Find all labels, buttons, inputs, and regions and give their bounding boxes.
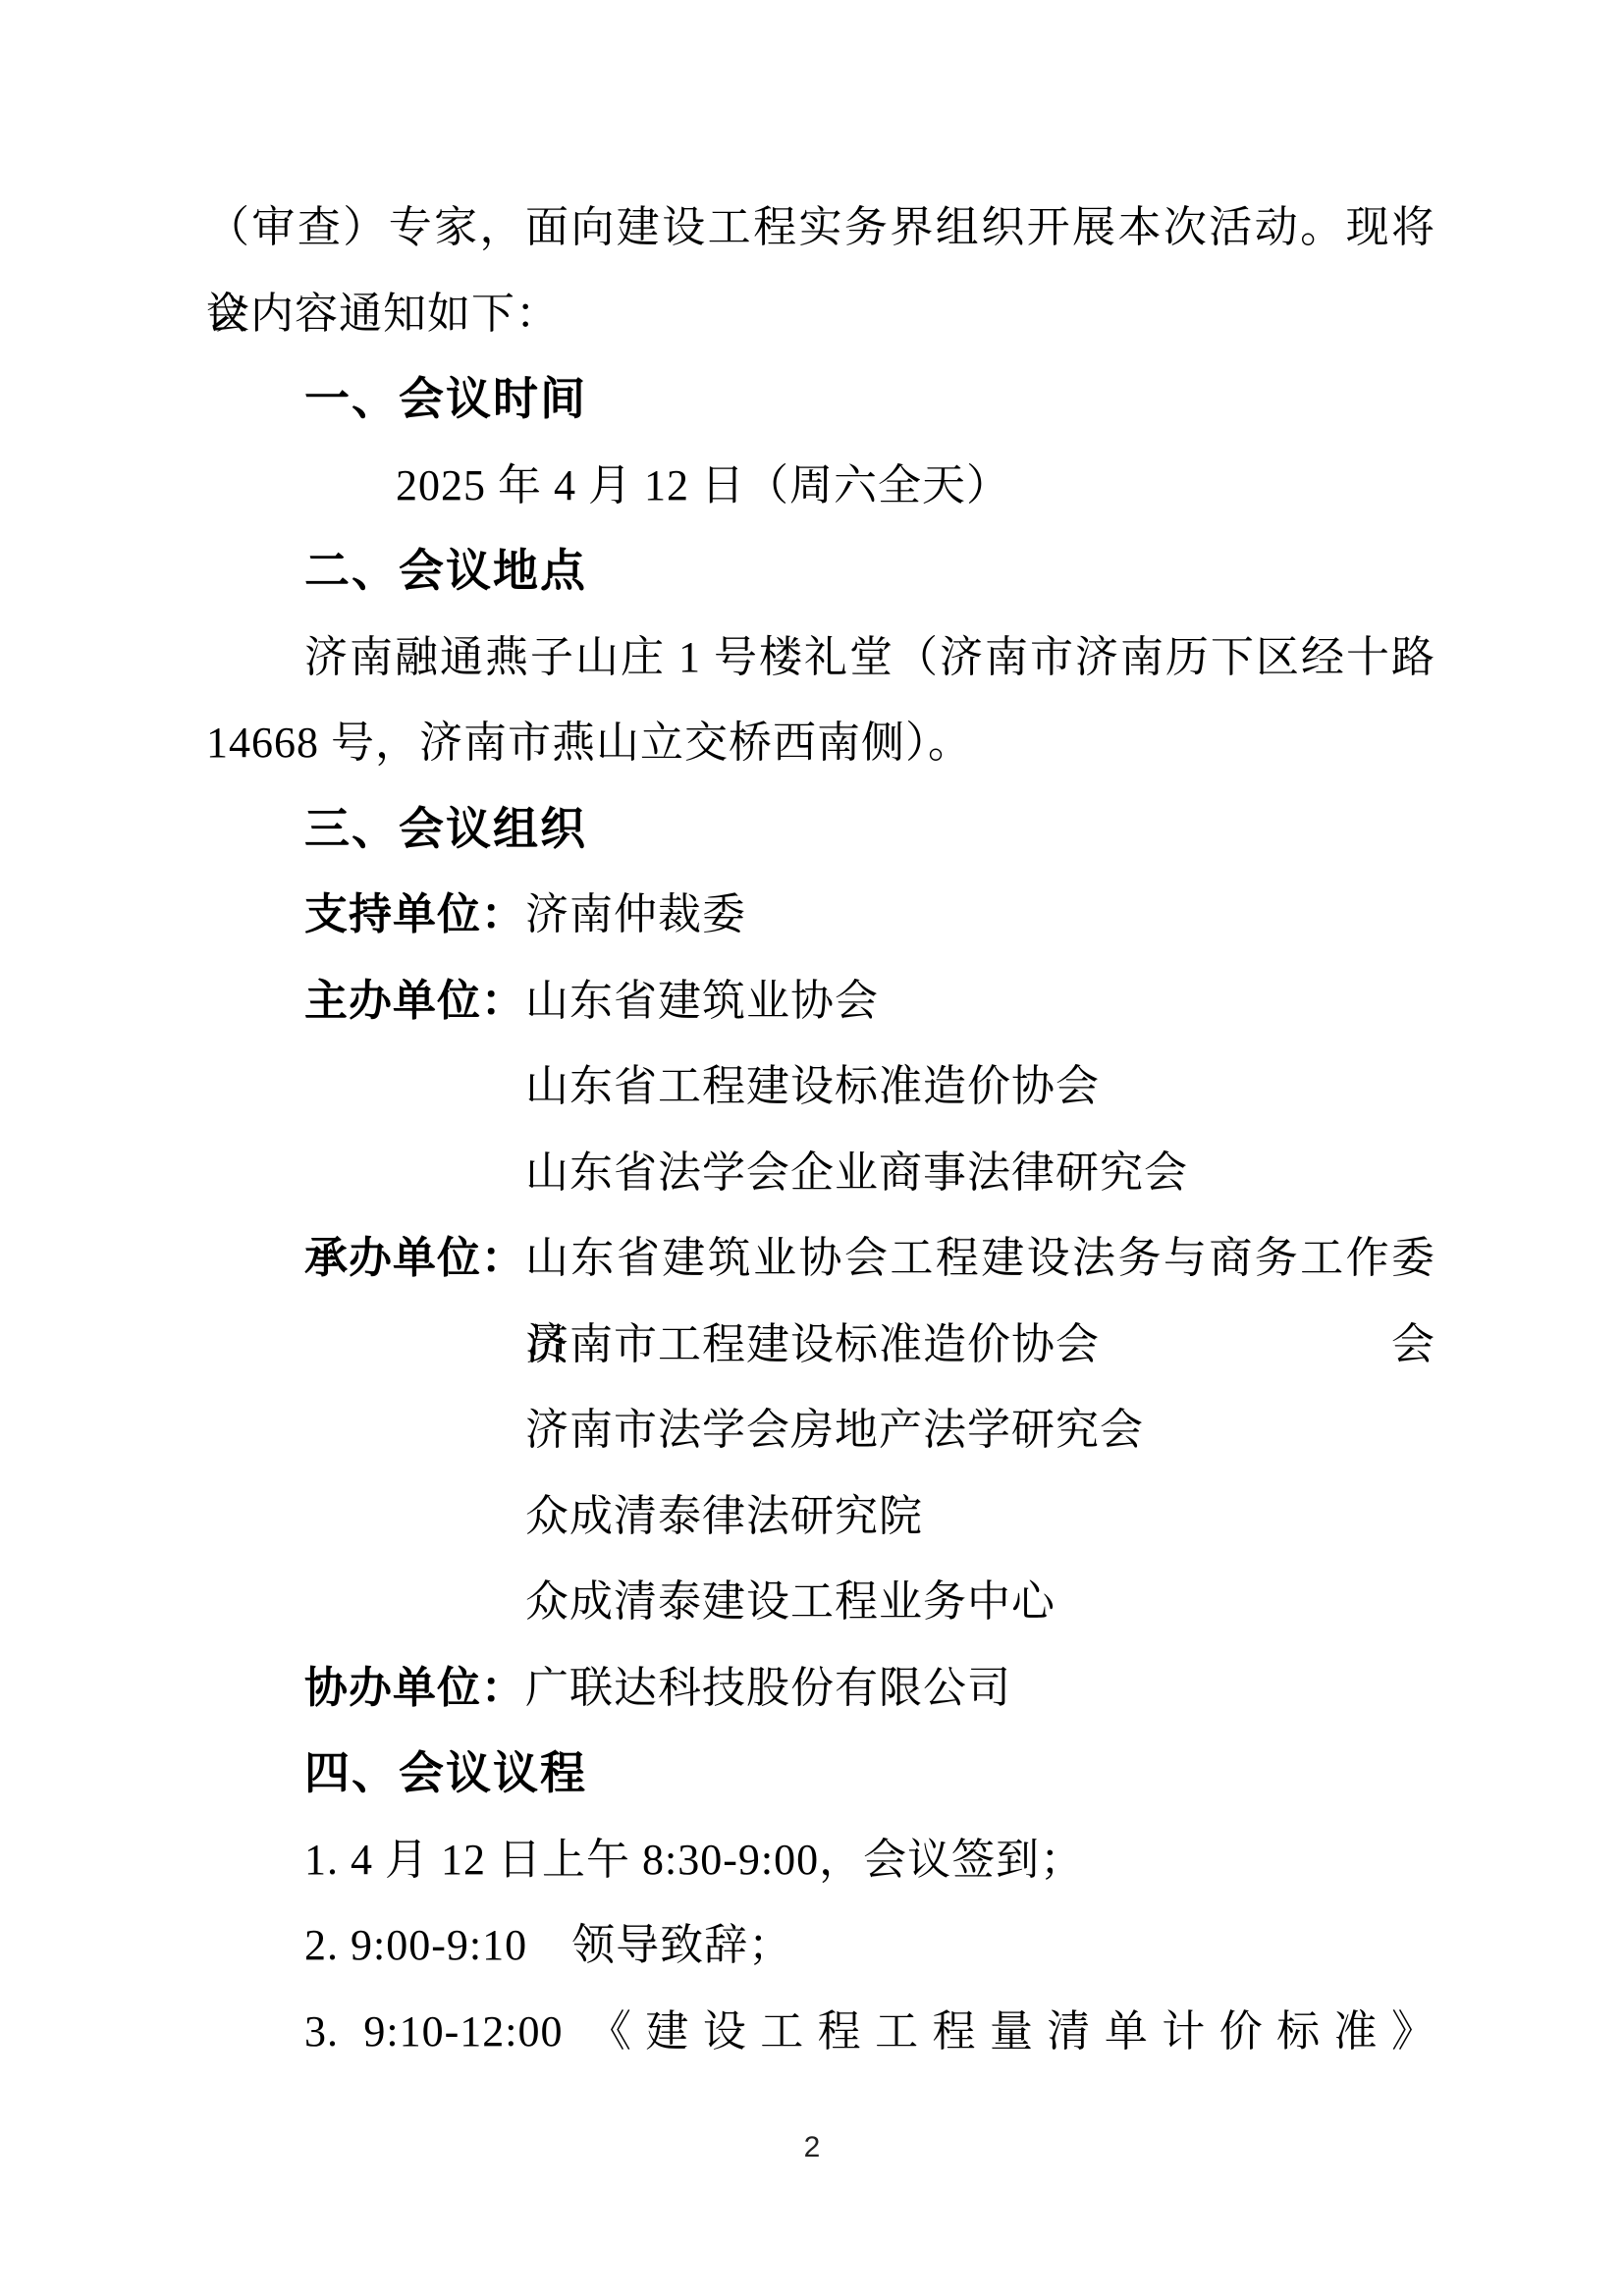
support-unit-value: 济南仲裁委: [525, 872, 746, 958]
host-unit-value: 山东省建筑业协会: [525, 958, 879, 1044]
intro-line-1: （审查）专家，面向建设工程实务界组织开展本次活动。现将会: [206, 185, 1435, 271]
host-unit-extra: 山东省工程建设标准造价协会: [525, 1043, 1435, 1130]
co-organizer-unit-label: 协办单位：: [304, 1645, 525, 1732]
organizer-unit-row: 承办单位： 山东省建筑业协会工程建设法务与商务工作委员会: [304, 1215, 1435, 1302]
agenda-item: 2. 9:00-9:10 领导致辞；: [304, 1902, 1435, 1989]
agenda-item: 3. 9:10-12:00 《建设工程工程量清单计价标准》: [304, 1989, 1435, 2075]
section-time-title: 一、会议时间: [304, 356, 1435, 443]
co-organizer-unit-value: 广联达科技股份有限公司: [525, 1645, 1011, 1732]
co-organizer-unit-row: 协办单位： 广联达科技股份有限公司: [304, 1645, 1435, 1732]
address-line-2: 14668 号，济南市燕山立交桥西南侧）。: [206, 700, 1435, 786]
host-unit-row: 主办单位： 山东省建筑业协会: [304, 958, 1435, 1044]
address-line-1: 济南融通燕子山庄 1 号楼礼堂（济南市济南历下区经十路: [304, 614, 1435, 701]
notice-body: （审查）专家，面向建设工程实务界组织开展本次活动。现将会 议内容通知如下： 一、…: [206, 185, 1435, 2074]
organizer-unit-extra: 济南市法学会房地产法学研究会: [525, 1387, 1435, 1473]
meeting-time-text: 2025 年 4 月 12 日（周六全天）: [396, 443, 1435, 529]
section-agenda-title: 四、会议议程: [304, 1731, 1435, 1817]
intro-line-2: 议内容通知如下：: [206, 271, 1435, 357]
organizer-unit-extra: 众成清泰律法研究院: [525, 1473, 1435, 1560]
agenda-item: 1. 4 月 12 日上午 8:30-9:00，会议签到；: [304, 1817, 1435, 1903]
document-page: （审查）专家，面向建设工程实务界组织开展本次活动。现将会 议内容通知如下： 一、…: [0, 0, 1624, 2296]
organizer-unit-extra: 众成清泰建设工程业务中心: [525, 1559, 1435, 1645]
organizer-unit-label: 承办单位：: [304, 1215, 525, 1302]
host-unit-extra: 山东省法学会企业商事法律研究会: [525, 1130, 1435, 1216]
support-unit-row: 支持单位： 济南仲裁委: [304, 872, 1435, 958]
host-unit-label: 主办单位：: [304, 958, 525, 1044]
page-number: 2: [0, 2118, 1624, 2177]
section-organization-title: 三、会议组织: [304, 786, 1435, 873]
section-location-title: 二、会议地点: [304, 528, 1435, 614]
support-unit-label: 支持单位：: [304, 872, 525, 958]
organizer-unit-value: 山东省建筑业协会工程建设法务与商务工作委员会: [525, 1215, 1435, 1302]
